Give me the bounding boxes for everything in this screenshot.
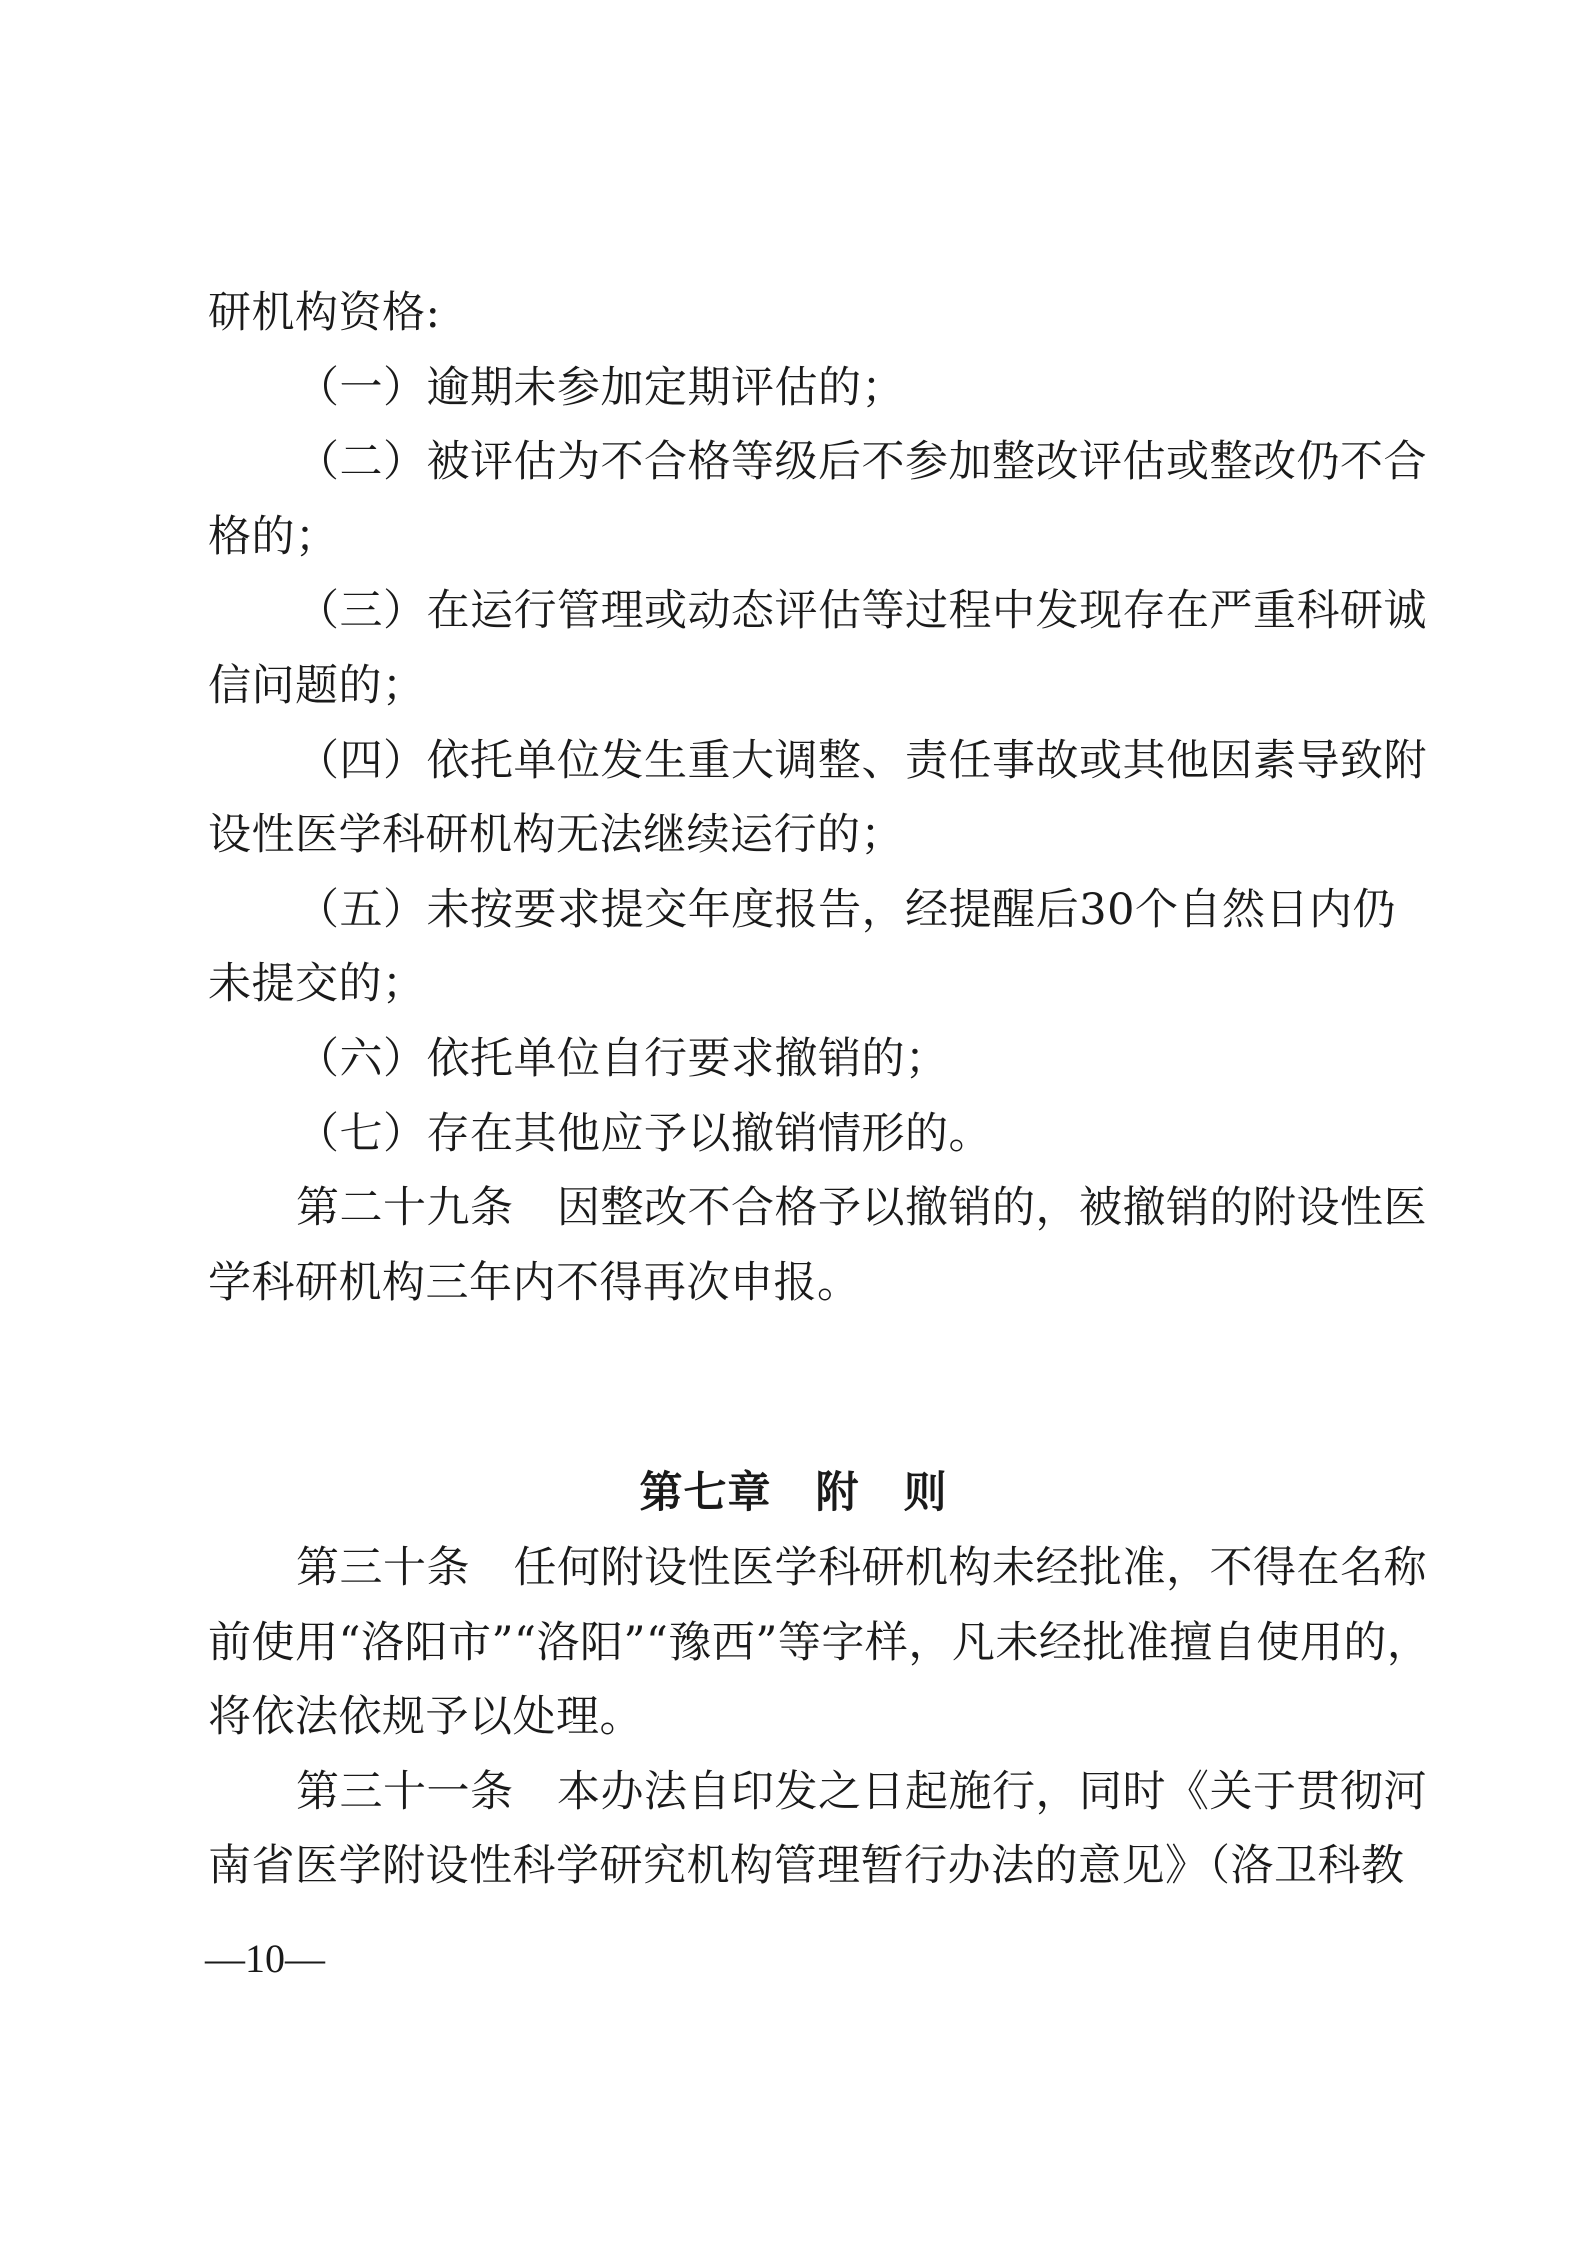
text-line: 将依法依规予以处理。 [208, 1680, 1396, 1755]
list-item-2: （二）被评估为不合格等级后不参加整改评估或整改仍不合 [208, 425, 1396, 500]
body-text-top: 研机构资格: （一）逾期未参加定期评估的； （二）被评估为不合格等级后不参加整改… [208, 276, 1396, 1320]
document-page: 研机构资格: （一）逾期未参加定期评估的； （二）被评估为不合格等级后不参加整改… [0, 0, 1587, 2245]
article-31: 第三十一条 本办法自印发之日起施行，同时《关于贯彻河 [208, 1755, 1396, 1830]
list-item-4: （四）依托单位发生重大调整、责任事故或其他因素导致附 [208, 724, 1396, 799]
text-line: 研机构资格: [208, 276, 1396, 351]
text-line: 学科研机构三年内不得再次申报。 [208, 1246, 1396, 1321]
list-item-1: （一）逾期未参加定期评估的； [208, 351, 1396, 426]
text-line: 未提交的； [208, 947, 1396, 1022]
list-item-6: （六）依托单位自行要求撤销的； [208, 1022, 1396, 1097]
chapter-heading: 第七章 附 则 [0, 1463, 1587, 1523]
page-number: —10— [205, 1933, 325, 1985]
article-30: 第三十条 任何附设性医学科研机构未经批准，不得在名称 [208, 1531, 1396, 1606]
list-item-7: （七）存在其他应予以撤销情形的。 [208, 1097, 1396, 1172]
text-line: 设性医学科研机构无法继续运行的； [208, 798, 1396, 873]
text-line: 格的； [208, 500, 1396, 575]
text-line: 信问题的； [208, 649, 1396, 724]
body-text-bottom: 第三十条 任何附设性医学科研机构未经批准，不得在名称 前使用“洛阳市”“洛阳”“… [208, 1531, 1396, 1904]
text-line: 前使用“洛阳市”“洛阳”“豫西”等字样，凡未经批准擅自使用的， [208, 1606, 1396, 1681]
list-item-3: （三）在运行管理或动态评估等过程中发现存在严重科研诚 [208, 574, 1396, 649]
article-29: 第二十九条 因整改不合格予以撤销的，被撤销的附设性医 [208, 1171, 1396, 1246]
text-line: 南省医学附设性科学研究机构管理暂行办法的意见》（洛卫科教 [208, 1829, 1396, 1904]
list-item-5: （五）未按要求提交年度报告，经提醒后30个自然日内仍 [208, 873, 1396, 948]
